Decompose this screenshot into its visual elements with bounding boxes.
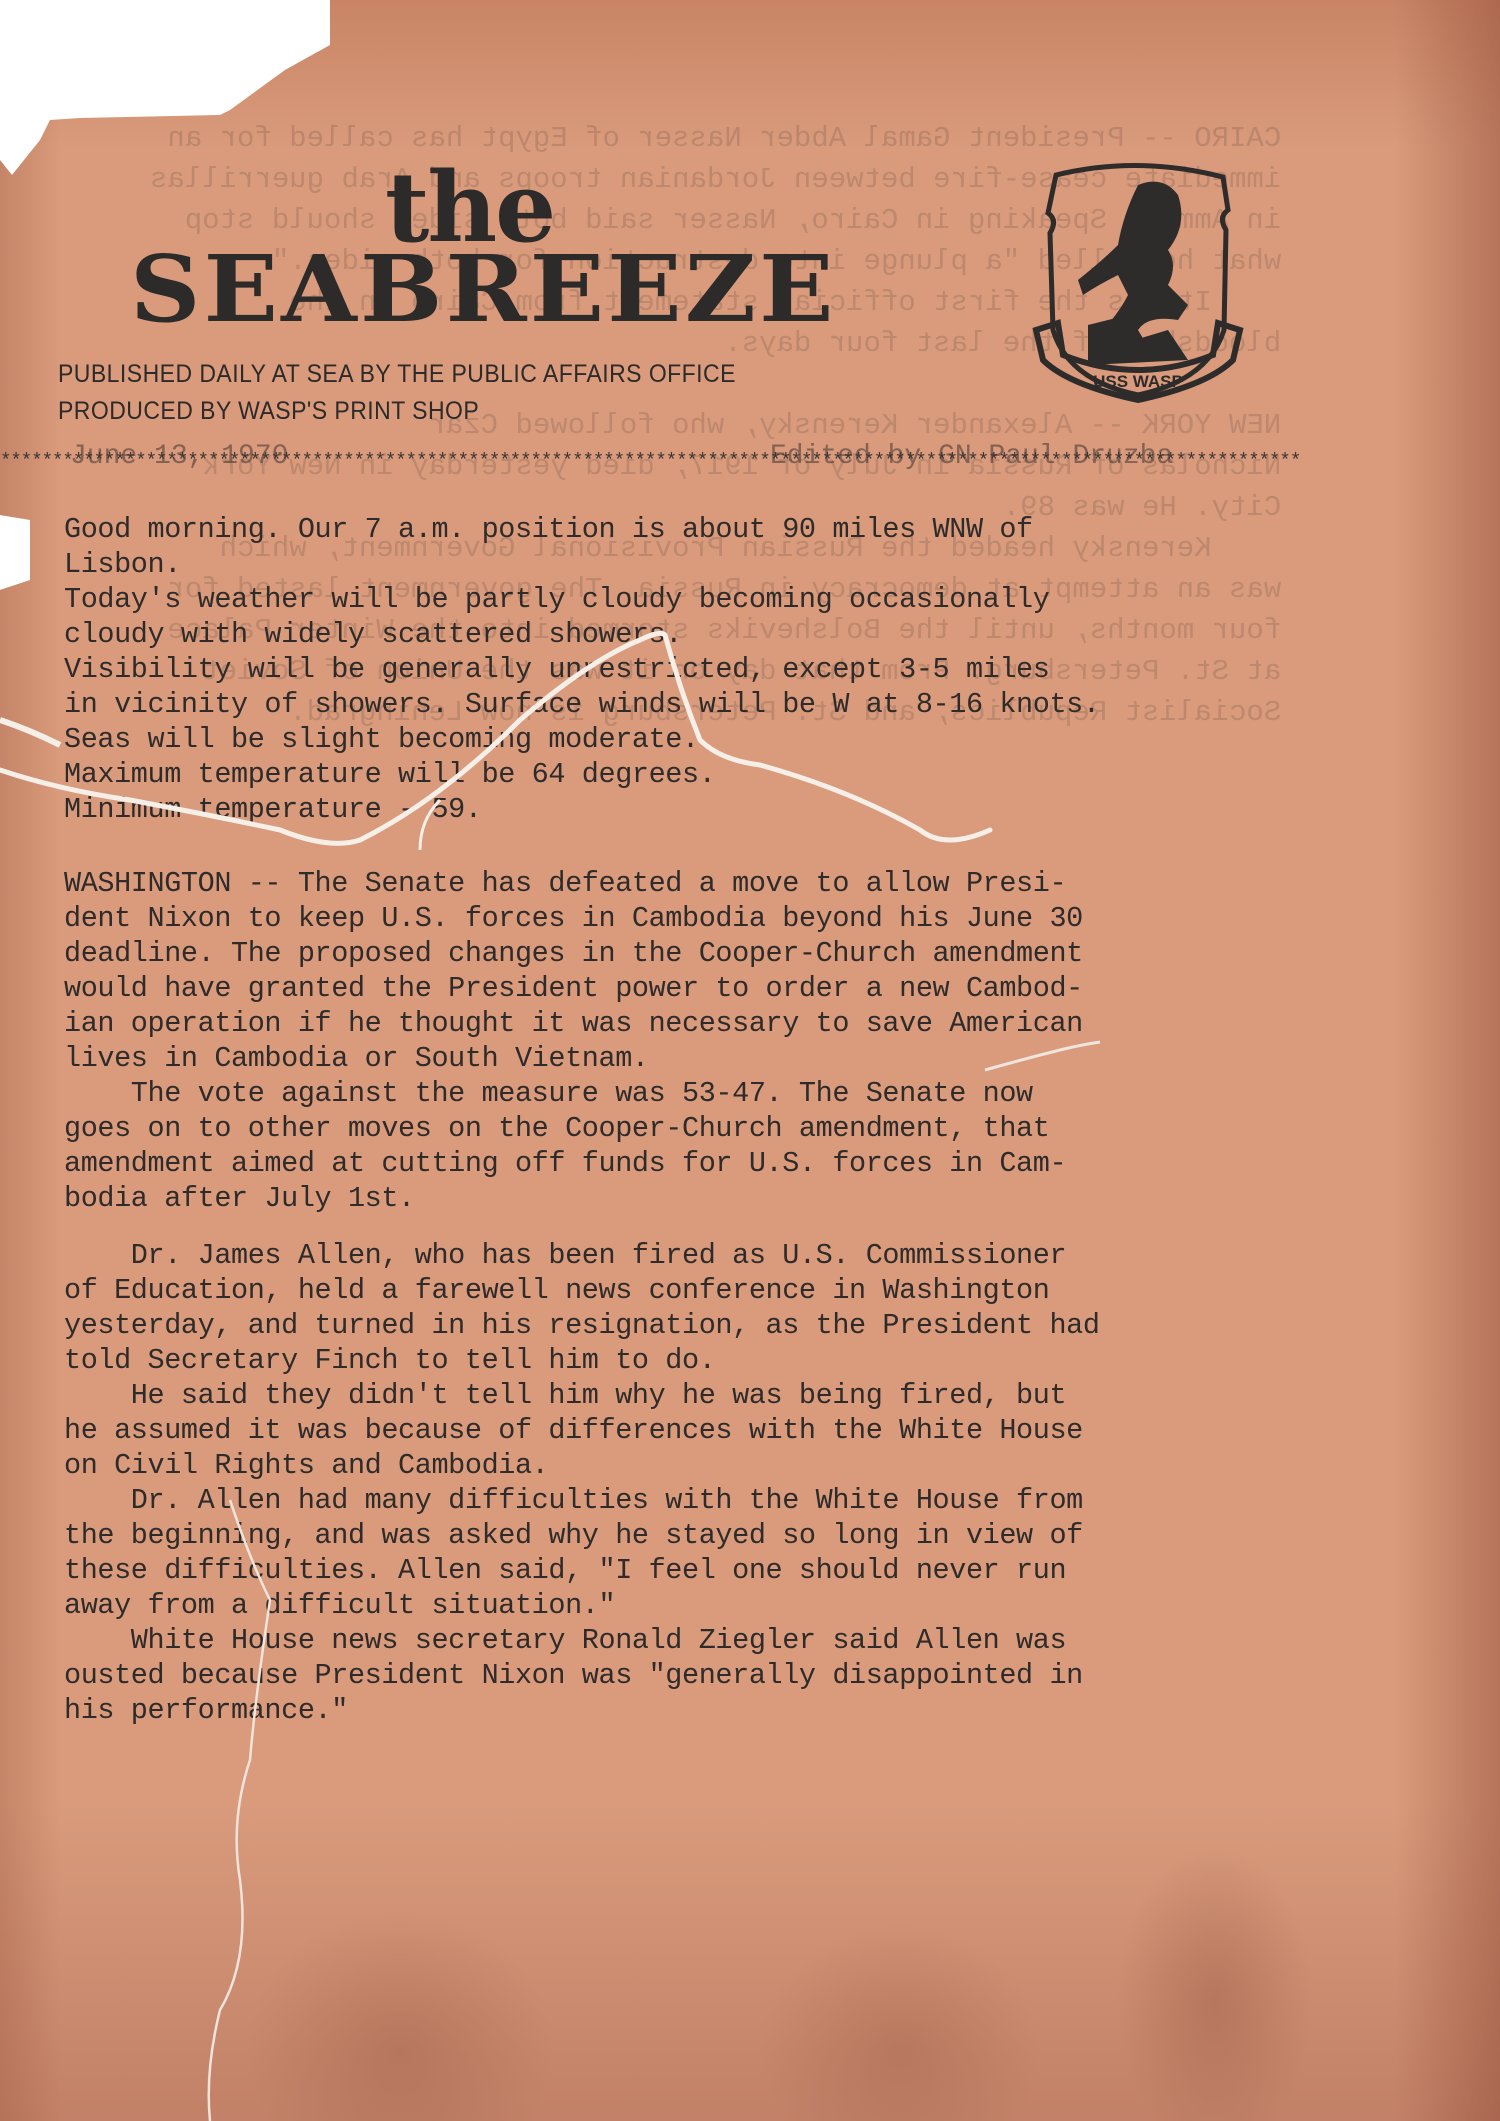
article-line: these difficulties. Allen said, "I feel … [64, 1553, 1364, 1588]
article-line: the beginning, and was asked why he stay… [64, 1518, 1364, 1553]
weather-line: Lisbon. [64, 547, 1364, 582]
published-line: PUBLISHED DAILY AT SEA BY THE PUBLIC AFF… [58, 360, 736, 389]
wasp-shield-icon: USS WASP [1028, 155, 1248, 410]
article-senate-cambodia: WASHINGTON -- The Senate has defeated a … [64, 866, 1364, 1216]
article-line: ousted because President Nixon was "gene… [64, 1658, 1364, 1693]
weather-line: cloudy with widely scattered showers. [64, 617, 1364, 652]
article-line: goes on to other moves on the Cooper-Chu… [64, 1111, 1364, 1146]
article-line: Dr. James Allen, who has been fired as U… [64, 1238, 1364, 1273]
article-line: his performance." [64, 1693, 1364, 1728]
article-line: he assumed it was because of differences… [64, 1413, 1364, 1448]
article-line: of Education, held a farewell news confe… [64, 1273, 1364, 1308]
article-line: yesterday, and turned in his resignation… [64, 1308, 1364, 1343]
article-line: Dr. Allen had many difficulties with the… [64, 1483, 1364, 1518]
weather-line: Maximum temperature will be 64 degrees. [64, 757, 1364, 792]
weather-line: Visibility will be generally unrestricte… [64, 652, 1364, 687]
article-line: deadline. The proposed changes in the Co… [64, 936, 1364, 971]
article-line: ian operation if he thought it was neces… [64, 1006, 1364, 1041]
article-james-allen: Dr. James Allen, who has been fired as U… [64, 1238, 1364, 1728]
article-line: amendment aimed at cutting off funds for… [64, 1146, 1364, 1181]
weather-line: Minimum temperature - 59. [64, 792, 1364, 827]
emblem-text: USS WASP [1093, 372, 1183, 391]
uss-wasp-emblem: USS WASP [1028, 155, 1248, 410]
article-line: White House news secretary Ronald Ziegle… [64, 1623, 1364, 1658]
weather-line: Today's weather will be partly cloudy be… [64, 582, 1364, 617]
issue-date: June 13, 1970 [70, 441, 288, 472]
article-line: would have granted the President power t… [64, 971, 1364, 1006]
article-line: told Secretary Finch to tell him to do. [64, 1343, 1364, 1378]
weather-report: Good morning. Our 7 a.m. position is abo… [64, 512, 1364, 827]
produced-line: PRODUCED BY WASP'S PRINT SHOP [58, 397, 479, 426]
article-line: lives in Cambodia or South Vietnam. [64, 1041, 1364, 1076]
weather-line: Good morning. Our 7 a.m. position is abo… [64, 512, 1364, 547]
masthead-title: SEABREEZE [130, 243, 837, 335]
weather-line: in vicinity of showers. Surface winds wi… [64, 687, 1364, 722]
article-line: away from a difficult situation." [64, 1588, 1364, 1623]
article-line: The vote against the measure was 53-47. … [64, 1076, 1364, 1111]
article-line: on Civil Rights and Cambodia. [64, 1448, 1364, 1483]
article-line: bodia after July 1st. [64, 1181, 1364, 1216]
article-line: dent Nixon to keep U.S. forces in Cambod… [64, 901, 1364, 936]
weather-line: Seas will be slight becoming moderate. [64, 722, 1364, 757]
article-line: WASHINGTON -- The Senate has defeated a … [64, 866, 1364, 901]
article-line: He said they didn't tell him why he was … [64, 1378, 1364, 1413]
editor-credit: Edited by GN Paul Druzba [770, 441, 1173, 472]
